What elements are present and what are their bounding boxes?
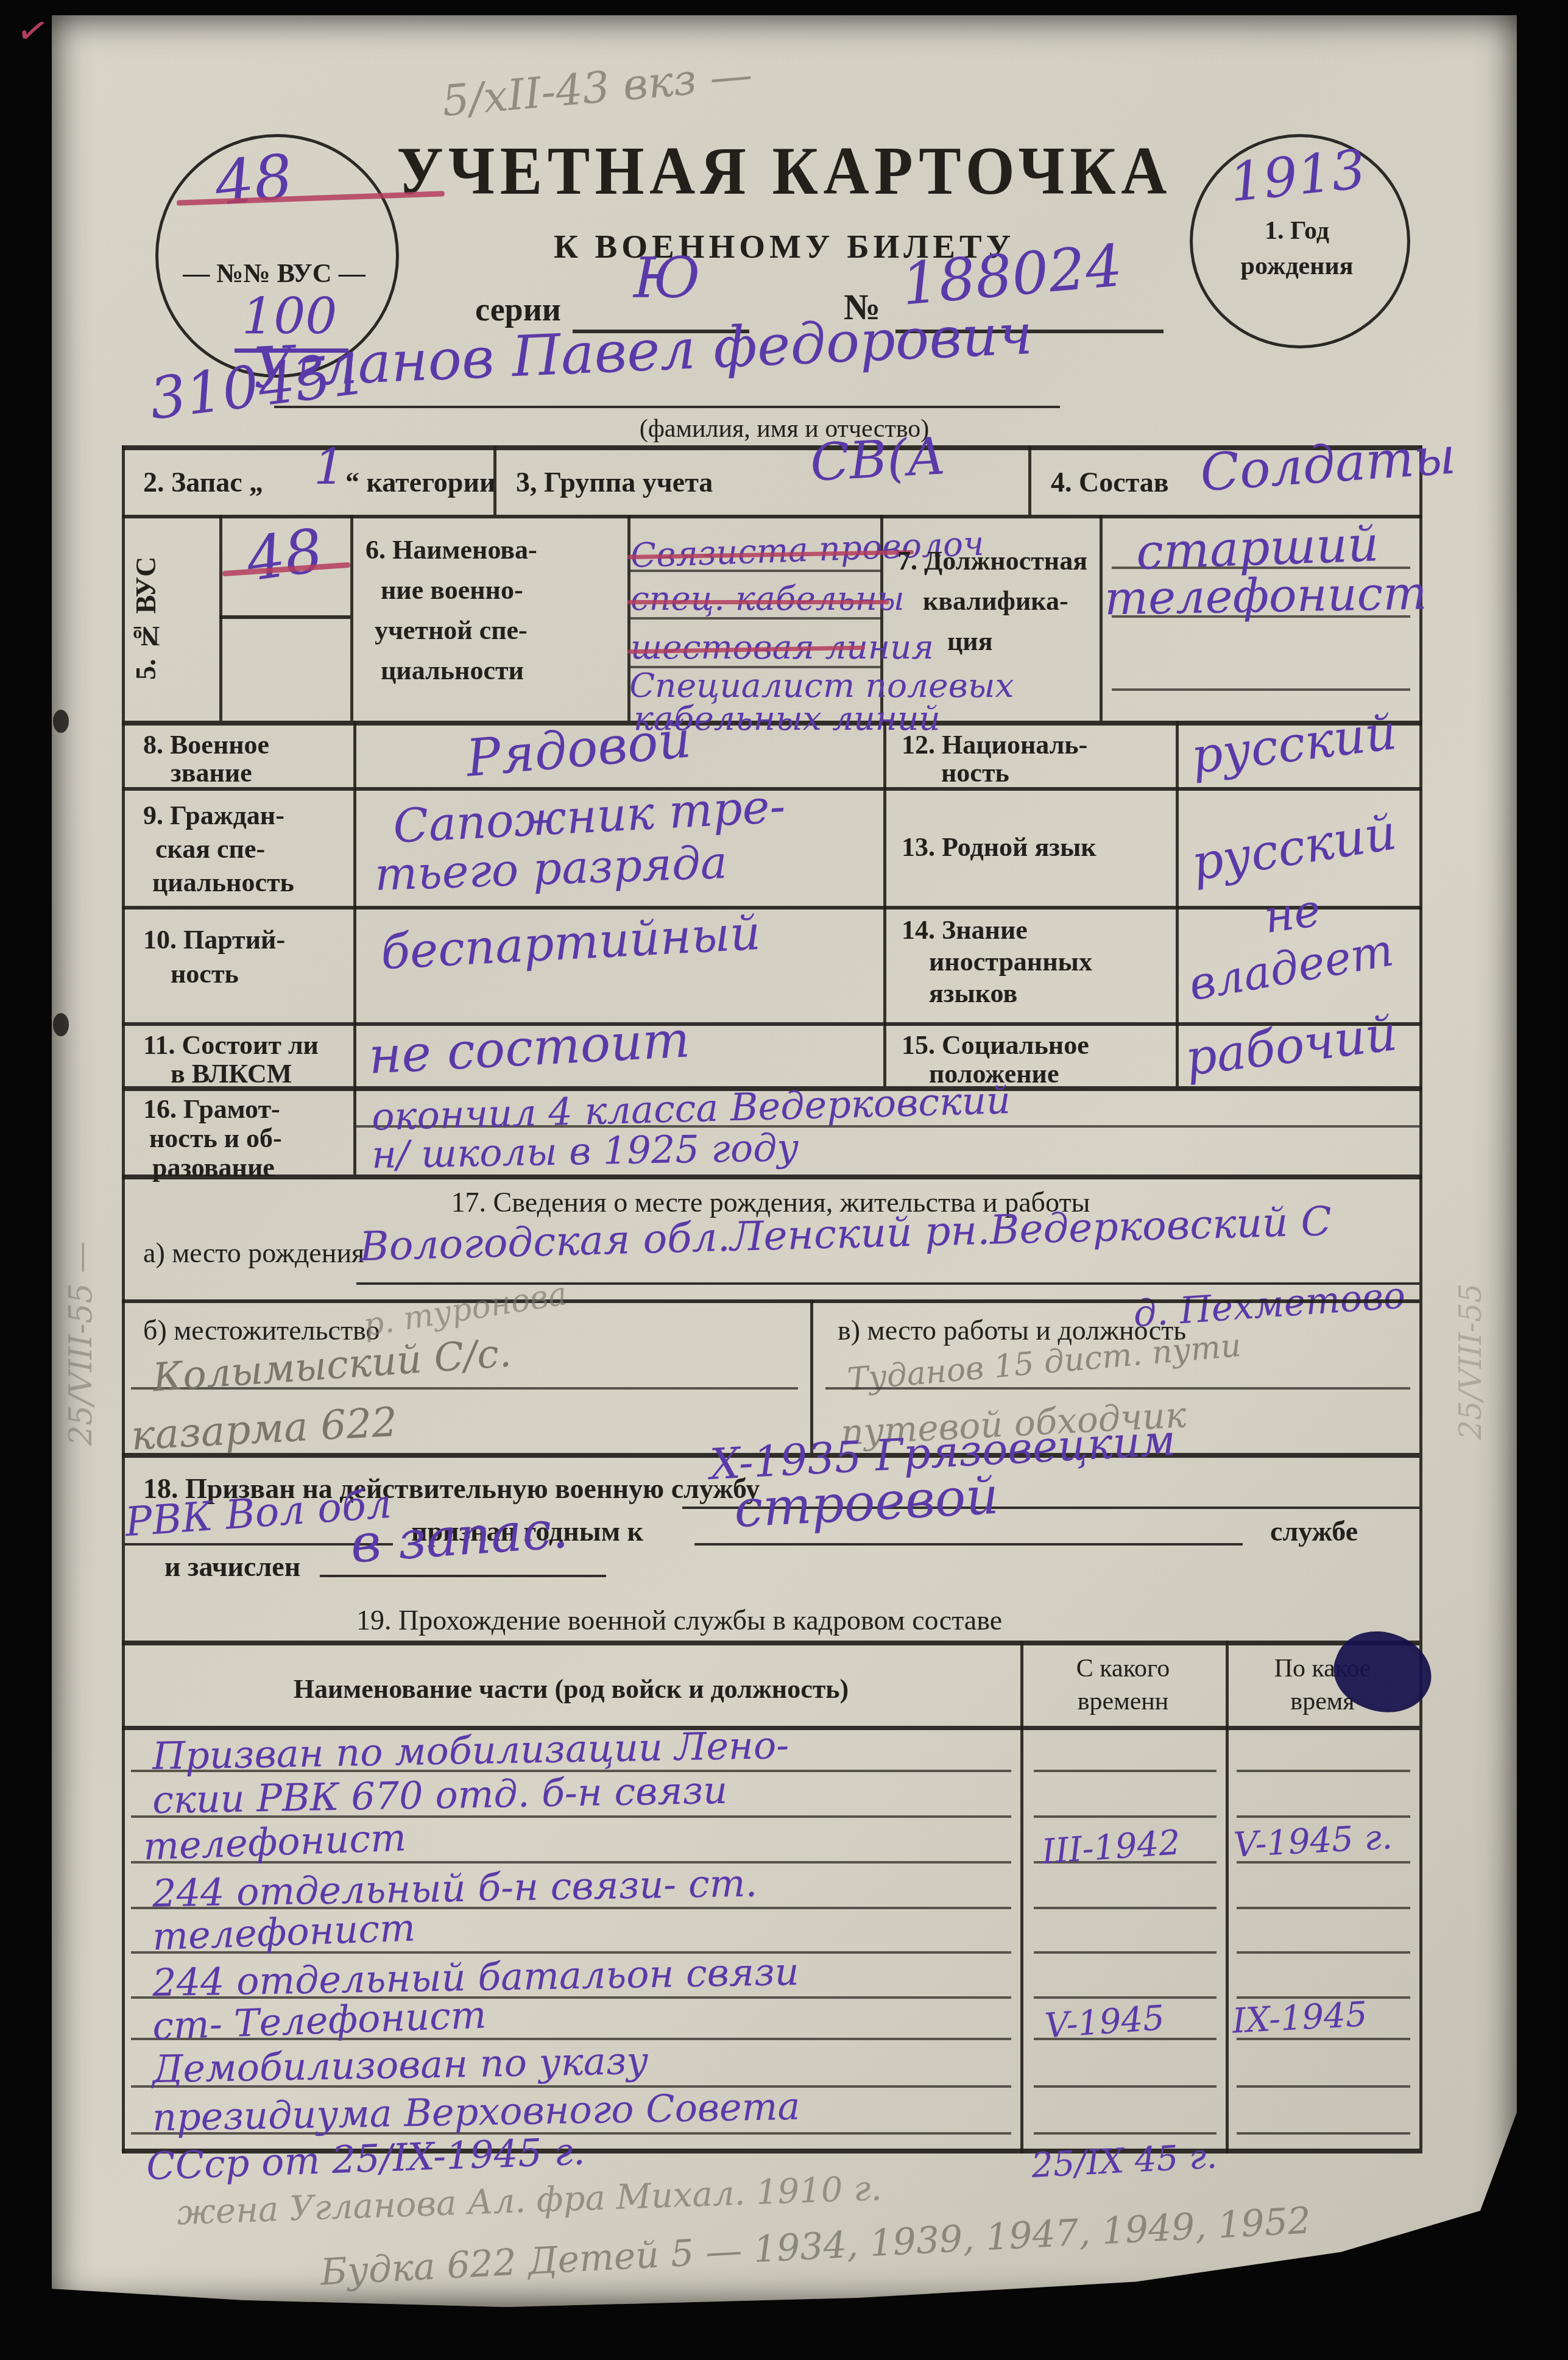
field6-value-2: спец. кабельны xyxy=(630,579,905,618)
field13-label: 13. Родной язык xyxy=(902,832,1097,863)
table-border xyxy=(1419,445,1422,2153)
service-col2-header-2: временн xyxy=(1020,1687,1226,1716)
table-border xyxy=(353,721,356,1175)
birth-year-label-1: 1. Год xyxy=(1190,216,1404,246)
underline xyxy=(320,1575,606,1577)
ruled-line xyxy=(1034,1996,1217,1999)
field10-label-2: ность xyxy=(171,958,239,989)
field3-value: СВ(А xyxy=(809,426,947,493)
field9-label-1: 9. Граждан- xyxy=(143,800,284,831)
service-row: телефонист xyxy=(152,1905,416,1959)
field5-value: 48 xyxy=(242,516,327,595)
service-row-from: V-1945 xyxy=(1044,1998,1166,2046)
left-margin-note: 25/VIII-55 — xyxy=(63,1142,118,1544)
ruled-line xyxy=(1237,1907,1410,1909)
field10-label-1: 10. Партий- xyxy=(143,924,285,955)
section-divider xyxy=(122,1299,1419,1303)
field3-label: 3, Группа учета xyxy=(516,466,713,498)
red-check-mark: ✓ xyxy=(13,5,53,55)
section19-title: 19. Прохождение военной службы в кадрово… xyxy=(192,1604,1167,1636)
residence-value-2: казарма 622 xyxy=(130,1399,398,1460)
field8-label-2: звание xyxy=(171,757,252,788)
ruled-line xyxy=(1237,1951,1410,1954)
field7-value-2: телефонист xyxy=(1104,565,1427,625)
series-value: Ю xyxy=(634,246,701,311)
field10-value: беспартийный xyxy=(380,906,762,981)
field2-label: 2. Запас „ xyxy=(143,466,263,498)
field16-label-3: разование xyxy=(152,1152,275,1183)
field5-label: 5. № ВУС xyxy=(130,527,209,710)
service-row-to: IX-1945 xyxy=(1231,1994,1368,2041)
table-border xyxy=(122,1641,1419,1645)
field7-label-1: 7. Должностная xyxy=(897,545,1087,576)
field13-value: русский xyxy=(1188,804,1400,892)
ruled-line xyxy=(1237,2085,1410,2088)
field6-label-3: учетной спе- xyxy=(375,615,528,646)
section18-line3-label: и зачислен xyxy=(164,1550,300,1583)
birthplace-label: а) место рождения xyxy=(143,1237,364,1269)
table-border xyxy=(1020,1641,1023,2153)
birth-year-label-2: рождения xyxy=(1190,252,1404,281)
field15-label-1: 15. Социальное xyxy=(902,1030,1089,1061)
field12-value: русский xyxy=(1188,704,1400,785)
field14-label-2: иностранных xyxy=(929,946,1092,977)
ruled-line xyxy=(1034,1951,1217,1954)
top-pencil-note: 5/хII-43 вкз — xyxy=(440,49,754,126)
vus-old-number: 48 xyxy=(211,141,296,220)
vus-stamp-label: — №№ ВУС — xyxy=(155,258,393,289)
punch-hole xyxy=(53,1013,69,1036)
ruled-line xyxy=(1034,1815,1217,1818)
field6-label-2: ние военно- xyxy=(381,574,523,606)
field2-value: 1 xyxy=(314,439,345,495)
ruled-line xyxy=(1034,2085,1217,2088)
table-border xyxy=(1028,445,1031,515)
field12-label-1: 12. Националь- xyxy=(902,729,1087,760)
service-col2-header-1: С какого xyxy=(1020,1654,1226,1683)
punch-hole xyxy=(53,710,69,733)
field9-label-2: ская спе- xyxy=(155,833,265,864)
field4-label: 4. Состав xyxy=(1051,466,1169,498)
residence-label: б) местожительство xyxy=(143,1314,380,1346)
section18-line2-post: службе xyxy=(1270,1515,1358,1547)
field16-label-1: 16. Грамот- xyxy=(143,1093,280,1125)
table-border xyxy=(883,721,886,1086)
ruled-line xyxy=(1034,2132,1217,2135)
field9-label-3: циальность xyxy=(152,867,294,898)
table-border xyxy=(350,515,353,721)
field11-label-2: в ВЛКСМ xyxy=(171,1058,292,1089)
ruled-line xyxy=(1237,1770,1410,1772)
table-border xyxy=(1226,1641,1229,2153)
field6-label-1: 6. Наименова- xyxy=(366,534,537,565)
card-paper: 5/хII-43 вкз — УЧЕТНАЯ КАРТОЧКА К ВОЕННО… xyxy=(52,15,1517,2307)
service-row: президиума Верховного Совета xyxy=(152,2084,800,2140)
table-border xyxy=(1176,721,1179,1086)
service-row: Демобилизован по указу xyxy=(152,2038,649,2091)
service-row-from: III-1942 xyxy=(1040,1823,1182,1872)
name-underline xyxy=(274,406,1060,408)
table-border xyxy=(122,906,1422,910)
table-border xyxy=(219,615,350,619)
ruled-line xyxy=(1112,688,1410,691)
field16-value-2: н/ школы в 1925 году xyxy=(371,1125,799,1177)
ruled-line xyxy=(825,1387,1410,1390)
table-border xyxy=(1100,515,1103,721)
field15-value: рабочий xyxy=(1182,1005,1400,1087)
red-strikethrough xyxy=(627,600,889,604)
underline xyxy=(694,1543,1243,1546)
service-row: скии РВК 670 отд. б-н связи xyxy=(152,1768,727,1822)
field6-label-4: циальности xyxy=(381,655,524,686)
service-row: телефонист xyxy=(143,1815,407,1868)
field14-label-1: 14. Знание xyxy=(902,914,1028,945)
field7-label-2: квалифика- xyxy=(923,585,1068,616)
ruled-line xyxy=(1034,1907,1217,1909)
table-border xyxy=(810,1299,813,1453)
field14-value-1: не xyxy=(1260,884,1324,944)
field14-label-3: языков xyxy=(929,978,1017,1009)
field7-label-3: ция xyxy=(947,626,993,657)
ruled-line xyxy=(1034,1770,1217,1772)
field8-label-1: 8. Военное xyxy=(143,729,269,760)
field16-label-2: ность и об- xyxy=(149,1123,282,1154)
right-margin-note: 25/VIII-55 xyxy=(1453,1191,1508,1532)
ruled-line xyxy=(1237,2132,1410,2135)
service-row-to: V-1945 г. xyxy=(1232,1817,1393,1865)
service-row-from: 25/IX 45 г. xyxy=(1031,2136,1218,2186)
field2-label-post: “ категории xyxy=(345,466,495,498)
scan-background: { "colors": {"paper":"#d6d2c6","ink":"#5… xyxy=(0,0,1568,2360)
field12-label-2: ность xyxy=(941,757,1009,788)
service-col1-header: Наименование части (род войск и должност… xyxy=(122,1673,1020,1705)
field11-label-1: 11. Состоит ли xyxy=(143,1030,319,1061)
table-border xyxy=(122,1175,1422,1179)
